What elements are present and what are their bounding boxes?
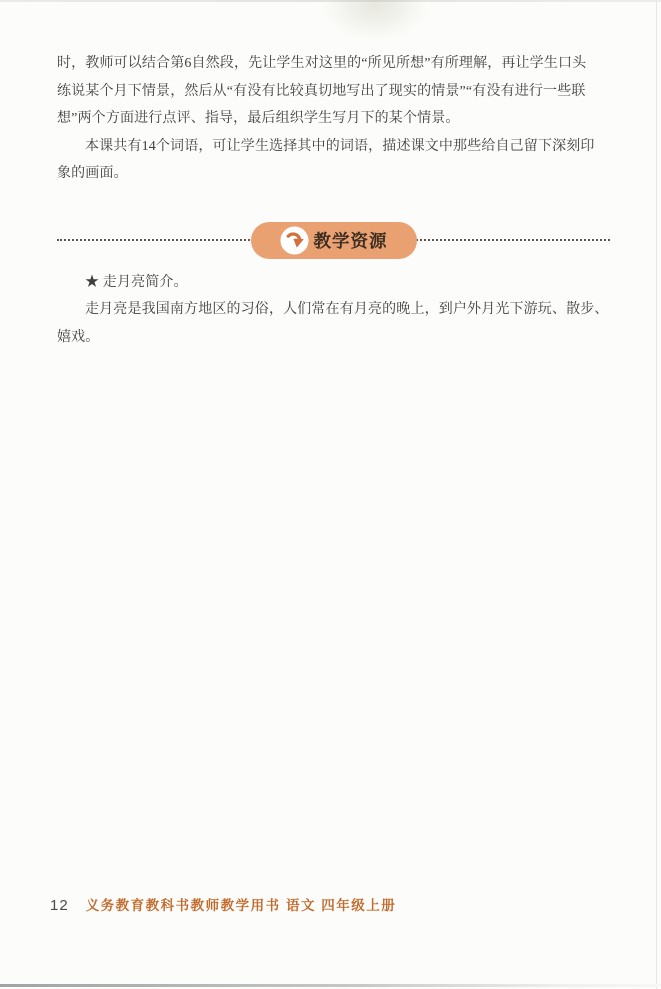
- text-line: 嬉戏。: [57, 324, 610, 352]
- text-line: 想”两个方面进行点评、指导，最后组织学生写月下的某个情景。: [57, 105, 610, 133]
- scan-bottom-edge: [0, 984, 661, 987]
- text-line: 走月亮是我国南方地区的习俗，人们常在有月亮的晚上，到户外月光下游玩、散步、: [57, 296, 610, 324]
- text-line: 练说某个月下情景，然后从“有没有比较真切地写出了现实的情景”“有没有进行一些联: [57, 78, 610, 106]
- text-line: 时，教师可以结合第6自然段，先让学生对这里的“所见所想”有所理解，再让学生口头: [57, 50, 610, 78]
- scan-smudge-artifact: [320, 0, 430, 42]
- badge-label: 教学资源: [314, 228, 388, 253]
- resource-star-heading: ★ 走月亮简介。: [57, 269, 610, 297]
- paragraph-resource-intro: 走月亮是我国南方地区的习俗，人们常在有月亮的晚上，到户外月光下游玩、散步、嬉戏。: [57, 296, 610, 351]
- page-body: 时，教师可以结合第6自然段，先让学生对这里的“所见所想”有所理解，再让学生口头练…: [57, 50, 610, 351]
- page-number: 12: [50, 897, 69, 914]
- text-line: 本课共有14个词语，可让学生选择其中的词语，描述课文中那些给自己留下深刻印: [57, 133, 610, 161]
- book-title: 义务教育教科书教师教学用书 语文 四年级上册: [86, 894, 397, 914]
- paragraph-teaching-guidance: 时，教师可以结合第6自然段，先让学生对这里的“所见所想”有所理解，再让学生口头练…: [57, 50, 610, 133]
- curved-arrow-down-right-icon: [280, 226, 309, 255]
- scan-right-page-edge: [656, 0, 657, 989]
- page-footer: 12 义务教育教科书教师教学用书 语文 四年级上册: [50, 894, 396, 914]
- scanned-book-page: 时，教师可以结合第6自然段，先让学生对这里的“所见所想”有所理解，再让学生口头练…: [0, 0, 661, 989]
- section-divider: 教学资源: [57, 222, 610, 259]
- teaching-resources-badge: 教学资源: [251, 222, 417, 259]
- text-line: 象的画面。: [57, 160, 610, 188]
- paragraph-word-list: 本课共有14个词语，可让学生选择其中的词语，描述课文中那些给自己留下深刻印象的画…: [57, 133, 610, 188]
